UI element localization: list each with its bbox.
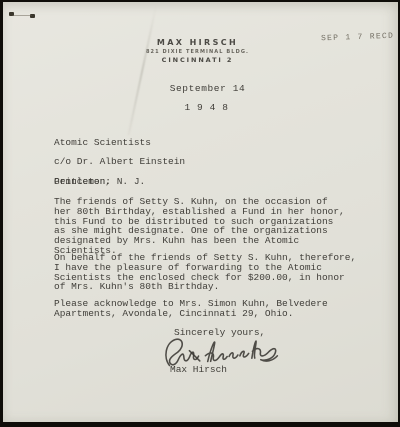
body-paragraph-3: Please acknowledge to Mrs. Simon Kuhn, B…: [54, 299, 364, 319]
letterhead-address: 821 DIXIE TERMINAL BLDG.: [3, 49, 392, 55]
date-line-month-day: September 14: [17, 84, 398, 94]
body-paragraph-1: The friends of Setty S. Kuhn, on the occ…: [54, 197, 364, 256]
letter-paper: MAX HIRSCH 821 DIXIE TERMINAL BLDG. CINC…: [3, 2, 398, 422]
signature-stroke-max: [165, 338, 199, 366]
signature-stroke-hirsch: [205, 339, 278, 364]
letterhead-city: CINCINNATI 2: [3, 56, 392, 64]
recipient-line-org: Atomic Scientists: [54, 138, 185, 148]
date-line-year: 1 9 4 8: [15, 103, 398, 113]
body-paragraph-2: On behalf of the friends of Setty S. Kuh…: [54, 253, 364, 292]
staple-mark-bar: [12, 15, 32, 16]
salutation: Gentlemen:: [54, 177, 111, 187]
recipient-line-care-of: c/o Dr. Albert Einstein: [54, 157, 185, 167]
letter-date: September 14 1 9 4 8: [3, 74, 398, 123]
scanned-letter-page: MAX HIRSCH 821 DIXIE TERMINAL BLDG. CINC…: [0, 0, 400, 427]
typed-signature-name: Max Hirsch: [170, 365, 227, 375]
